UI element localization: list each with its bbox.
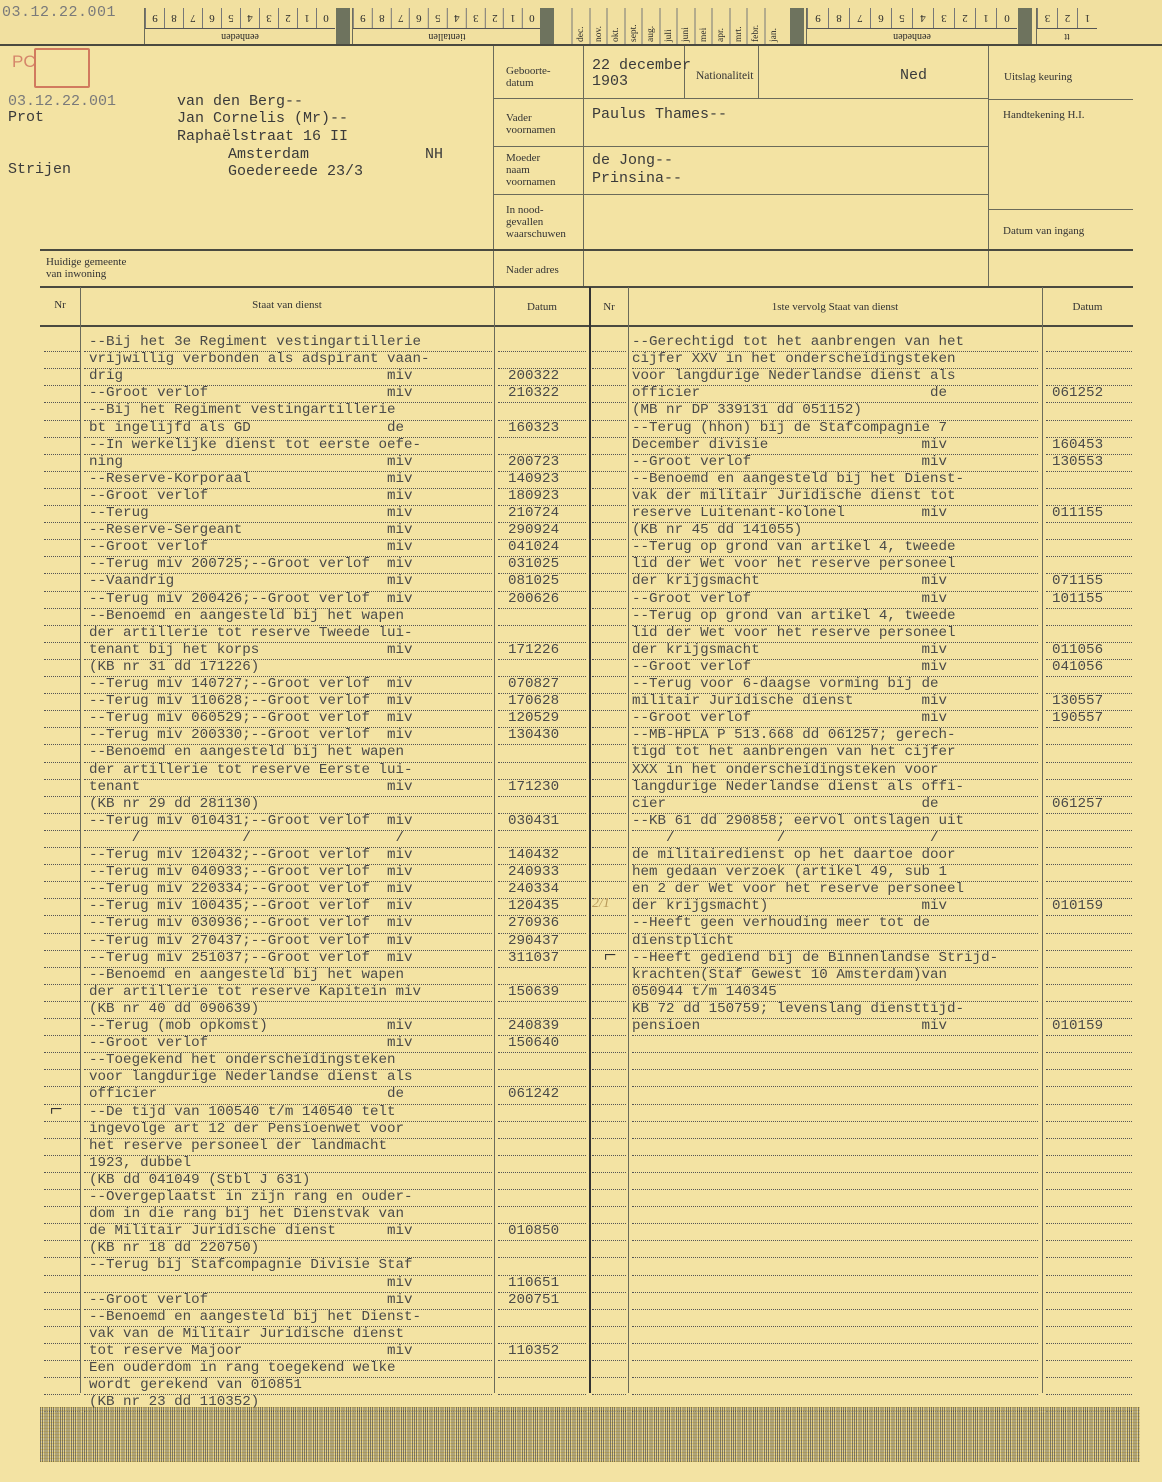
value-vader: Paulus Thames-- <box>592 107 727 123</box>
entry-text: cijfer XXV in het onderscheidingsteken <box>632 351 956 368</box>
ruled-line <box>592 607 626 609</box>
punch-bar <box>540 8 554 44</box>
entry-date: 030431 <box>508 813 559 830</box>
ruled-line <box>592 1393 626 1395</box>
entry-text: --Terug miv 030936;--Groot verlof miv <box>89 915 413 932</box>
ruled-line <box>44 470 80 472</box>
digit-group-tientallen: 9876543210tientallen <box>352 8 541 44</box>
ruled-line <box>1046 1342 1132 1344</box>
entry-text: --Benoemd en aangesteld bij het Dienst- <box>632 471 964 488</box>
digit-cell: 2 <box>954 8 975 28</box>
digit-cell: 8 <box>372 8 391 28</box>
entry-date: 101155 <box>1052 591 1103 608</box>
entry-date: 130553 <box>1052 454 1103 471</box>
month-columns: dec.nov.okt.sept.aug.julijunimeiapr.mrt.… <box>572 8 782 44</box>
ruled-line <box>44 1308 80 1310</box>
entry-text: voor langdurige Nederlandse dienst als <box>89 1069 413 1086</box>
entry-text: --Terug (hhon) bij de Stafcompagnie 7 <box>632 420 947 437</box>
ruled-line <box>498 1325 586 1327</box>
digit-cell: 2 <box>278 8 297 28</box>
entry-text: --Toegekend het onderscheidingsteken <box>89 1052 396 1069</box>
ruled-line <box>44 880 80 882</box>
ruled-line <box>632 1342 1038 1344</box>
ruled-line <box>592 761 626 763</box>
ruled-line <box>632 1068 1038 1070</box>
ruled-line <box>592 1376 626 1378</box>
ruled-line <box>592 1239 626 1241</box>
ruled-line <box>498 1068 586 1070</box>
ruled-line <box>44 1137 80 1139</box>
month-cell: juli <box>660 8 678 44</box>
ruled-line <box>498 1137 586 1139</box>
entry-text: pensioen miv <box>632 1018 947 1035</box>
ruled-line <box>592 1171 626 1173</box>
divider <box>493 194 988 195</box>
digit-cell: 3 <box>1037 8 1057 28</box>
entry-date: 210322 <box>508 385 559 402</box>
ruled-line <box>44 1188 80 1190</box>
entry-text: --Terug (mob opkomst) miv <box>89 1018 413 1035</box>
ruled-line <box>1046 1291 1132 1293</box>
ruled-line <box>592 487 626 489</box>
ruled-line <box>44 401 80 403</box>
ruled-line <box>498 1120 586 1122</box>
entry-text: --Benoemd en aangesteld bij het wapen <box>89 744 404 761</box>
entry-date: 270936 <box>508 915 559 932</box>
entry-text: --Groot verlof miv <box>632 591 947 608</box>
entry-date: 061242 <box>508 1086 559 1103</box>
label-handtekening: Handtekening H.I. <box>1003 109 1085 121</box>
entry-date: 240334 <box>508 881 559 898</box>
entry-text: wordt gerekend van 010851 <box>89 1377 302 1394</box>
entry-text: miv <box>89 1275 413 1292</box>
pc-stamp: PC <box>8 48 78 88</box>
ruled-line <box>632 1359 1038 1361</box>
punch-bar <box>336 8 350 44</box>
digit-cell: 3 <box>259 8 278 28</box>
entry-text: --Benoemd en aangesteld bij het wapen <box>89 967 404 984</box>
handwritten-note: 2/1 <box>592 896 610 912</box>
ruled-line <box>1046 743 1132 745</box>
ruled-line <box>592 658 626 660</box>
entry-text: --Gerechtigd tot het aanbrengen van het <box>632 334 964 351</box>
month-cell: jan. <box>765 8 783 44</box>
ruled-line <box>592 1274 626 1276</box>
ruled-line <box>592 504 626 506</box>
digit-cell: 0 <box>996 8 1017 28</box>
divider <box>988 209 1133 210</box>
entry-text: het reserve personeel der landmacht <box>89 1138 387 1155</box>
entry-date: 200751 <box>508 1292 559 1309</box>
ruled-line <box>632 1291 1038 1293</box>
ruled-line <box>592 641 626 643</box>
entry-text: --Terug miv 110628;--Groot verlof miv <box>89 693 413 710</box>
entry-text: --Terug miv 100435;--Groot verlof miv <box>89 898 413 915</box>
entry-text: (KB nr 18 dd 220750) <box>89 1240 259 1257</box>
entry-text: --Reserve-Korporaal miv <box>89 471 413 488</box>
ruled-line <box>1046 1393 1132 1395</box>
ruled-line <box>1046 1308 1132 1310</box>
ruled-line <box>44 1342 80 1344</box>
divider <box>988 99 1133 100</box>
ruled-line <box>44 1085 80 1087</box>
birth-ref: Goedereede 23/3 <box>228 164 363 180</box>
ruled-line <box>44 761 80 763</box>
value-moeder: de Jong-- Prinsina-- <box>592 152 682 188</box>
ruled-line <box>1046 966 1132 968</box>
ruled-line <box>632 1120 1038 1122</box>
entry-date: 140432 <box>508 847 559 864</box>
divider <box>758 46 759 98</box>
digit-cell: 6 <box>409 8 428 28</box>
ruled-line <box>44 624 80 626</box>
entry-text: --Terug miv 200725;--Groot verlof miv <box>89 556 413 573</box>
ruled-line <box>592 846 626 848</box>
ruled-line <box>44 504 80 506</box>
ruled-line <box>44 436 80 438</box>
label-huidige-gemeente: Huidige gemeente van inwoning <box>46 256 126 280</box>
entry-text: tenant miv <box>89 779 413 796</box>
ruled-line <box>592 1188 626 1190</box>
ruled-line <box>632 1137 1038 1139</box>
digit-cell: 3 <box>933 8 954 28</box>
header-staat: Staat van dienst <box>80 299 494 311</box>
entry-text: der krijgsmacht) miv <box>632 898 947 915</box>
entry-text: Een ouderdom in rang toegekend welke <box>89 1360 396 1377</box>
entry-date: 120435 <box>508 898 559 915</box>
entry-text: --Terug miv 010431;--Groot verlof miv <box>89 813 413 830</box>
ruled-line <box>592 1308 626 1310</box>
entry-text: langdurige Nederlandse dienst als offi- <box>632 779 964 796</box>
entry-text: en 2 der Wet voor het reserve personeel <box>632 881 964 898</box>
ruled-line <box>1046 350 1132 352</box>
ruled-line <box>592 1342 626 1344</box>
ruled-line <box>498 1188 586 1190</box>
ruled-line <box>44 1256 80 1258</box>
ruled-line <box>592 1256 626 1258</box>
month-cell: nov. <box>590 8 608 44</box>
entry-date: 011056 <box>1052 642 1103 659</box>
ruled-line <box>44 555 80 557</box>
label-vader: Vader voornamen <box>506 112 555 136</box>
entry-text: --Terug miv 040933;--Groot verlof miv <box>89 864 413 881</box>
entry-text: --Reserve-Sergeant miv <box>89 522 413 539</box>
ruled-line <box>44 641 80 643</box>
ruled-line <box>632 1222 1038 1224</box>
divider <box>589 287 591 1393</box>
ruled-line <box>44 1205 80 1207</box>
entry-text: officier de <box>632 385 947 402</box>
divider <box>628 287 629 1393</box>
ruled-line <box>1046 1325 1132 1327</box>
digit-cell: 5 <box>891 8 912 28</box>
ruled-line <box>592 521 626 523</box>
entry-text: der artillerie tot reserve Tweede lui- <box>89 625 413 642</box>
punch-bar <box>1018 8 1032 44</box>
ruled-line <box>498 1376 586 1378</box>
ruled-line <box>44 658 80 660</box>
ruled-line <box>1046 1120 1132 1122</box>
divider <box>494 287 495 1393</box>
label-datum-ingang: Datum van ingang <box>1003 225 1084 237</box>
entry-text: drig miv <box>89 368 413 385</box>
divider <box>80 287 81 1393</box>
digit-cell: 5 <box>221 8 240 28</box>
ruled-line <box>632 1274 1038 1276</box>
ruled-line <box>592 419 626 421</box>
entry-text: bt ingelijfd als GD de <box>89 420 404 437</box>
entry-text: 050944 t/m 140345 <box>632 984 777 1001</box>
ruled-line <box>592 778 626 780</box>
entry-text: der artillerie tot reserve Kapitein miv <box>89 984 421 1001</box>
entry-date: 171230 <box>508 779 559 796</box>
surname: van den Berg-- <box>177 94 303 110</box>
ruled-line <box>44 1291 80 1293</box>
digit-cell: 2 <box>1057 8 1077 28</box>
entry-text: hem gedaan verzoek (artikel 49, sub 1 <box>632 864 947 881</box>
month-cell: sept. <box>625 8 643 44</box>
entry-text: --Vaandrig miv <box>89 573 413 590</box>
entry-text: 1923, dubbel <box>89 1155 191 1172</box>
label-nader-adres: Nader adres <box>506 264 559 276</box>
ruled-line <box>1046 1222 1132 1224</box>
entry-date: 210724 <box>508 505 559 522</box>
ruled-line <box>44 607 80 609</box>
entry-date: 110352 <box>508 1343 559 1360</box>
ruled-line <box>1046 419 1132 421</box>
ruled-line <box>44 1034 80 1036</box>
ruled-line <box>592 1000 626 1002</box>
ruled-line <box>1046 555 1132 557</box>
entry-date: 010159 <box>1052 898 1103 915</box>
ruled-line <box>592 470 626 472</box>
ruled-line <box>1046 829 1132 831</box>
month-cell: febr. <box>747 8 765 44</box>
ruled-line <box>592 538 626 540</box>
entry-date: 130557 <box>1052 693 1103 710</box>
digit-cell: 4 <box>912 8 933 28</box>
ruled-line <box>592 1291 626 1293</box>
ruled-line <box>592 983 626 985</box>
entry-text: --De tijd van 100540 t/m 140540 telt <box>89 1104 396 1121</box>
digit-cell: 7 <box>849 8 870 28</box>
entry-text: der artillerie tot reserve Eerste lui- <box>89 762 413 779</box>
ruled-line <box>1046 863 1132 865</box>
entry-text: lid der Wet voor het reserve personeel <box>632 625 956 642</box>
entry-text: --Terug miv 251037;--Groot verlof miv <box>89 950 413 967</box>
entry-date: 041056 <box>1052 659 1103 676</box>
entry-text: de militairedienst op het daartoe door <box>632 847 956 864</box>
ruled-line <box>632 1256 1038 1258</box>
ruled-line <box>592 1205 626 1207</box>
ruled-line <box>592 795 626 797</box>
entry-text: --Groot verlof miv <box>632 454 947 471</box>
ruled-line <box>592 812 626 814</box>
ruled-line <box>632 1171 1038 1173</box>
ruled-line <box>592 1085 626 1087</box>
entry-text: --Terug miv 200426;--Groot verlof miv <box>89 591 413 608</box>
entry-text: --Groot verlof miv <box>89 385 413 402</box>
ruled-line <box>1046 1171 1132 1173</box>
entry-date: 200322 <box>508 368 559 385</box>
ruled-line <box>44 453 80 455</box>
entry-date: 190557 <box>1052 710 1103 727</box>
entry-text: --Terug voor 6-daagse vorming bij de <box>632 676 939 693</box>
entry-date: 170628 <box>508 693 559 710</box>
entry-date: 160453 <box>1052 437 1103 454</box>
entry-text: / / / <box>632 830 939 847</box>
ruled-line <box>592 367 626 369</box>
ruled-line <box>44 1068 80 1070</box>
ruled-line <box>44 709 80 711</box>
ruled-line <box>592 590 626 592</box>
ruled-line <box>632 1325 1038 1327</box>
ruled-line <box>44 1171 80 1173</box>
ruled-line <box>632 1103 1038 1105</box>
ruled-line <box>632 1051 1038 1053</box>
entry-date: 041024 <box>508 539 559 556</box>
entry-text: --Terug miv 270437;--Groot verlof miv <box>89 933 413 950</box>
entry-date: 130430 <box>508 727 559 744</box>
month-cell: mei <box>695 8 713 44</box>
digit-cell: 8 <box>828 8 849 28</box>
digit-cell: 7 <box>391 8 410 28</box>
ruled-line <box>592 1017 626 1019</box>
entry-text: --MB-HPLA P 513.668 dd 061257; gerech- <box>632 727 956 744</box>
ruled-line <box>44 1325 80 1327</box>
digit-cell: 1 <box>975 8 996 28</box>
ruled-line <box>1046 1154 1132 1156</box>
ruled-line <box>44 590 80 592</box>
ruled-line <box>44 983 80 985</box>
label-nationaliteit: Nationaliteit <box>696 70 753 82</box>
ruled-line <box>44 384 80 386</box>
divider <box>1042 287 1043 1393</box>
entry-text: --Bij het 3e Regiment vestingartillerie <box>89 334 421 351</box>
ruled-line <box>44 949 80 951</box>
entry-text: officier de <box>89 1086 404 1103</box>
digit-group-tt: 321tt <box>1036 8 1097 44</box>
ruled-line <box>592 1137 626 1139</box>
ruled-line <box>592 1325 626 1327</box>
header-nr-2: Nr <box>590 301 628 313</box>
ruled-line <box>44 367 80 369</box>
ruled-line <box>498 1205 586 1207</box>
ruled-line <box>498 1154 586 1156</box>
entry-text: --Groot verlof miv <box>89 488 413 505</box>
ruled-line <box>44 1154 80 1156</box>
digit-cell: 9 <box>145 8 164 28</box>
label-geboortedatum: Geboorte- datum <box>506 65 551 89</box>
ruled-line <box>44 538 80 540</box>
ruled-line <box>1046 1256 1132 1258</box>
ruled-line <box>592 880 626 882</box>
entry-text: --Terug op grond van artikel 4, tweede <box>632 539 956 556</box>
entry-text: --Benoemd en aangesteld bij het wapen <box>89 608 404 625</box>
digit-cell: 7 <box>183 8 202 28</box>
digit-cell: 1 <box>503 8 522 28</box>
entry-text: --Heeft gediend bij de Binnenlandse Stri… <box>632 950 998 967</box>
ruled-line <box>632 1308 1038 1310</box>
entry-text: --Bij het Regiment vestingartillerie <box>89 402 396 419</box>
ruled-line <box>498 1256 586 1258</box>
entry-text: tigd tot het aanbrengen van het cijfer <box>632 744 956 761</box>
entry-date: 071155 <box>1052 573 1103 590</box>
ruled-line <box>592 1222 626 1224</box>
entry-date: 171226 <box>508 642 559 659</box>
ruled-line <box>632 1205 1038 1207</box>
ruled-line <box>1046 1188 1132 1190</box>
ruled-line <box>592 1034 626 1036</box>
label-uitslag-keuring: Uitslag keuring <box>1004 71 1072 83</box>
ruled-line <box>44 1359 80 1361</box>
entry-date: 120529 <box>508 710 559 727</box>
entry-text: --Terug bij Stafcompagnie Divisie Staf <box>89 1257 413 1274</box>
entry-text: --KB 61 dd 290858; eervol ontslagen uit <box>632 813 964 830</box>
entry-text: --In werkelijke dienst tot eerste oefe- <box>89 437 421 454</box>
entry-date: 240839 <box>508 1018 559 1035</box>
ruled-line <box>592 350 626 352</box>
digit-cell: 0 <box>522 8 541 28</box>
ruled-line <box>592 675 626 677</box>
entry-text: tot reserve Majoor miv <box>89 1343 413 1360</box>
header-nr: Nr <box>40 299 80 311</box>
entry-text: (KB nr 45 dd 141055) <box>632 522 802 539</box>
value-nationaliteit: Ned <box>900 68 927 84</box>
entry-date: 110651 <box>508 1275 559 1292</box>
entry-text: (KB dd 041049 (Stbl J 631) <box>89 1172 310 1189</box>
digit-cell: 0 <box>316 8 335 28</box>
entry-text: --Terug miv 220334;--Groot verlof miv <box>89 881 413 898</box>
ruled-line <box>592 555 626 557</box>
ruled-line <box>592 453 626 455</box>
entry-text: --Groot verlof miv <box>632 710 947 727</box>
ruled-line <box>44 966 80 968</box>
ruled-line <box>632 1188 1038 1190</box>
month-cell: okt. <box>607 8 625 44</box>
ruled-line <box>1046 778 1132 780</box>
ruled-line <box>1046 1239 1132 1241</box>
entry-text: / / / <box>89 830 404 847</box>
entry-text: --Terug miv 120432;--Groot verlof miv <box>89 847 413 864</box>
digit-group-eenheden-2: 9876543210eenheden <box>806 8 1017 44</box>
ruled-line <box>1046 1051 1132 1053</box>
ruled-line <box>44 1274 80 1276</box>
digit-cell: 9 <box>353 8 372 28</box>
ruled-line <box>1046 761 1132 763</box>
ruled-line <box>498 761 586 763</box>
entry-text: --Groot verlof miv <box>89 539 413 556</box>
ruled-line <box>1046 367 1132 369</box>
divider <box>493 98 988 99</box>
ruled-line <box>44 350 80 352</box>
entry-text: krachten(Staf Gewest 10 Amsterdam)van <box>632 967 947 984</box>
ruled-line <box>44 675 80 677</box>
header-datum: Datum <box>494 301 590 313</box>
entry-text: militair Juridische dienst miv <box>632 693 947 710</box>
divider <box>40 286 1133 288</box>
entry-text: --Terug miv 140727;--Groot verlof miv <box>89 676 413 693</box>
barcode-strip <box>40 1407 1140 1462</box>
label-noodgevallen: In nood- gevallen waarschuwen <box>506 204 566 240</box>
ruled-line <box>498 1171 586 1173</box>
entry-text: KB 72 dd 150759; levenslang diensttijd- <box>632 1001 964 1018</box>
entry-date: 200626 <box>508 591 559 608</box>
ruled-line <box>44 572 80 574</box>
month-cell: aug. <box>642 8 660 44</box>
ruled-line <box>44 1393 80 1395</box>
entry-text: vrijwillig verbonden als adspirant vaan- <box>89 351 430 368</box>
